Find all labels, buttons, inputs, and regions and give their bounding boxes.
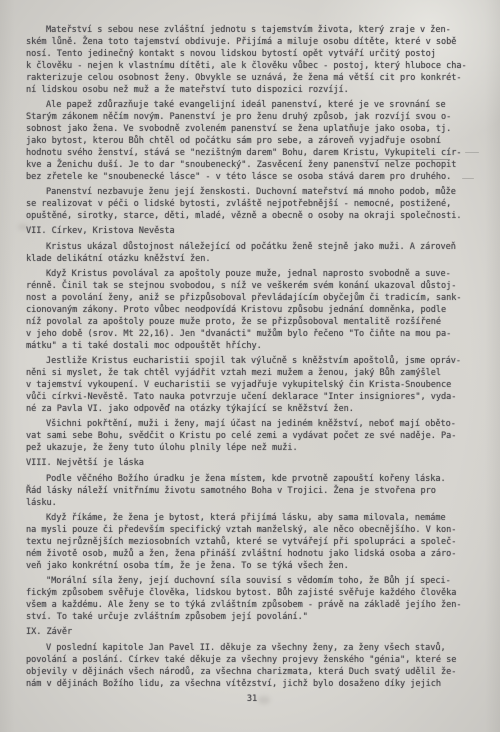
pencil-underline-mark xyxy=(362,159,450,160)
section-heading-viii: VIII. Největší je láska xyxy=(26,457,478,469)
paragraph-baptized: Všichni pokřtění, muži i ženy, mají účas… xyxy=(26,418,478,454)
scanned-document-page: Mateřství s sebou nese zvláštní jednotu … xyxy=(0,0,500,732)
paragraph-dignity: Kristus ukázal důstojnost náležející od … xyxy=(26,241,478,265)
paragraph-spiritual-motherhood: Panenství nezbavuje ženu její ženskosti.… xyxy=(26,186,478,222)
paragraph-love-general: Když říkáme, že žena je bytost, která př… xyxy=(26,512,478,572)
paragraph-apostles: Když Kristus povolával za apoštoly pouze… xyxy=(26,268,478,352)
page-number: 31 xyxy=(26,693,478,705)
section-heading-ix: IX. Závěr xyxy=(26,626,478,638)
page-body: Mateřství s sebou nese zvláštní jednotu … xyxy=(26,24,478,705)
margin-smudge-mark xyxy=(462,178,474,179)
paper-stain xyxy=(258,696,270,704)
section-heading-vii: VII. Církev, Kristova Nevěsta xyxy=(26,225,478,237)
paragraph-love-order: Podle věčného Božího úradku je žena míst… xyxy=(26,473,478,509)
paragraph-moral-strength: "Morální síla ženy, její duchovní síla s… xyxy=(26,575,478,623)
paper-stain xyxy=(18,224,28,230)
paragraph-maternity: Mateřství s sebou nese zvláštní jednotu … xyxy=(26,24,478,96)
paragraph-virginity-ideal: Ale papež zdůrazňuje také evangelijní id… xyxy=(26,99,478,183)
paragraph-eucharist: Jestliže Kristus eucharistii spojil tak … xyxy=(26,355,478,415)
paragraph-conclusion: V poslední kapitole Jan Pavel II. děkuje… xyxy=(26,642,478,690)
margin-smudge-mark xyxy=(465,152,479,153)
